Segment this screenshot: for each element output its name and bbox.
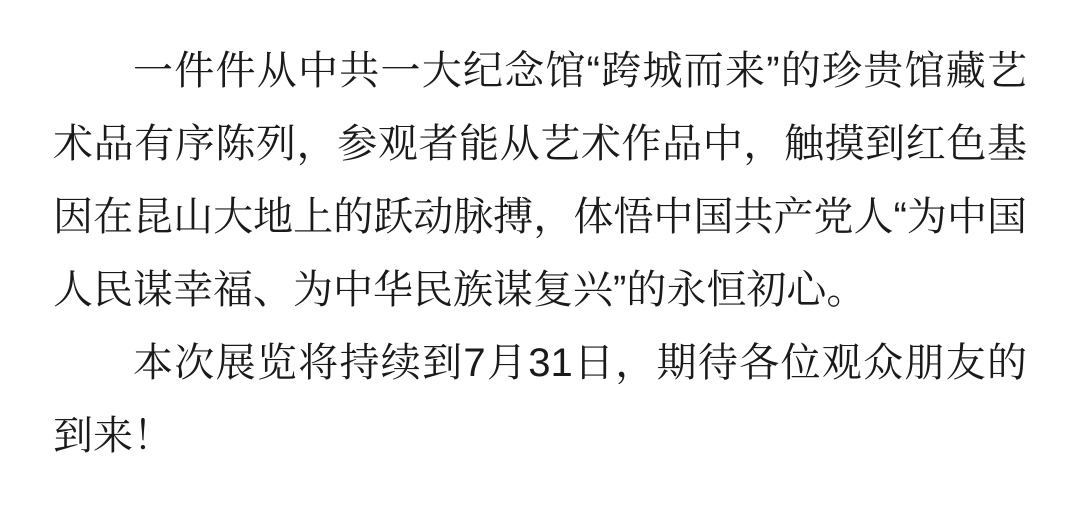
- paragraph-exhibit-duration: 本次展览将持续到7月31日，期待各位观众朋友的到来！: [53, 327, 1027, 473]
- article-body: 一件件从中共一大纪念馆“跨城而来”的珍贵馆藏艺术品有序陈列，参观者能从艺术作品中…: [53, 35, 1027, 473]
- paragraph-exhibit-description: 一件件从中共一大纪念馆“跨城而来”的珍贵馆藏艺术品有序陈列，参观者能从艺术作品中…: [53, 35, 1027, 327]
- article-page: 一件件从中共一大纪念馆“跨城而来”的珍贵馆藏艺术品有序陈列，参观者能从艺术作品中…: [0, 0, 1080, 524]
